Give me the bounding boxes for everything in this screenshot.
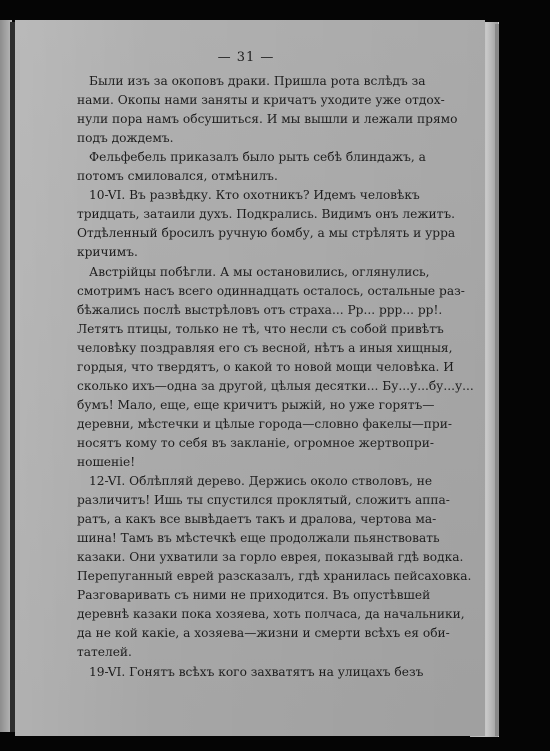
text-line: да не кой какіе, а хозяева—жизни и смерт… xyxy=(77,624,415,643)
text-line: сколько ихъ—одна за другой, цѣлыя десятк… xyxy=(77,377,415,396)
text-line: Летятъ птицы, только не тѣ, что несли съ… xyxy=(77,320,415,339)
text-line: кричимъ. xyxy=(77,243,415,262)
text-line: Разговаривать съ ними не приходится. Въ … xyxy=(77,586,415,605)
paragraph: 10-VI. Въ развѣдку. Кто охотникъ? Идемъ … xyxy=(77,186,415,262)
paragraph: 19-VI. Гонятъ всѣхъ кого захватятъ на ул… xyxy=(77,663,415,682)
page-number: — 31 — xyxy=(77,48,415,67)
paragraph: Фельфебель приказалъ было рыть себѣ блин… xyxy=(77,148,415,186)
text-line: нули пора намъ обсушиться. И мы вышли и … xyxy=(77,110,415,129)
text-line: тателей. xyxy=(77,643,415,662)
text-line: потомъ смиловался, отмѣнилъ. xyxy=(77,167,415,186)
text-line: нами. Окопы нами заняты и кричатъ уходит… xyxy=(77,91,415,110)
text-line: бѣжались послѣ выстрѣловъ отъ страха... … xyxy=(77,301,415,320)
text-line: Отдѣленный бросилъ ручную бомбу, а мы ст… xyxy=(77,224,415,243)
text-line: 12-VI. Облѣпляй дерево. Держись около ст… xyxy=(77,472,415,491)
text-line: шина! Тамъ въ мѣстечкѣ еще продолжали пь… xyxy=(77,529,415,548)
text-line: Перепуганный еврей разсказалъ, гдѣ храни… xyxy=(77,567,415,586)
text-line: различитъ! Ишь ты спустился проклятый, с… xyxy=(77,491,415,510)
text-line: деревнѣ казаки пока хозяева, хоть полчас… xyxy=(77,605,415,624)
paragraph: Были изъ за окоповъ драки. Пришла рота в… xyxy=(77,72,415,148)
text-line: 10-VI. Въ развѣдку. Кто охотникъ? Идемъ … xyxy=(77,186,415,205)
text-line: человѣку поздравляя его съ весной, нѣтъ … xyxy=(77,339,415,358)
text-line: бумъ! Мало, еще, еще кричитъ рыжій, но у… xyxy=(77,396,415,415)
text-line: ратъ, а какъ все вывѣдаетъ такъ и дралов… xyxy=(77,510,415,529)
text-line: Были изъ за окоповъ драки. Пришла рота в… xyxy=(77,72,415,91)
text-line: казаки. Они ухватили за горло еврея, пок… xyxy=(77,548,415,567)
body-text: Были изъ за окоповъ драки. Пришла рота в… xyxy=(77,72,415,682)
text-line: носятъ кому то себя въ закланіе, огромно… xyxy=(77,434,415,453)
paragraph: 12-VI. Облѣпляй дерево. Держись около ст… xyxy=(77,472,415,662)
paragraph: Австрійцы побѣгли. А мы остановились, ог… xyxy=(77,263,415,473)
text-line: смотримъ насъ всего одиннадцать осталось… xyxy=(77,282,415,301)
text-line: подъ дождемъ. xyxy=(77,129,415,148)
text-line: 19-VI. Гонятъ всѣхъ кого захватятъ на ул… xyxy=(77,663,415,682)
text-line: Фельфебель приказалъ было рыть себѣ блин… xyxy=(77,148,415,167)
text-line: ношеніе! xyxy=(77,453,415,472)
text-line: тридцать, затаили духъ. Подкрались. Види… xyxy=(77,205,415,224)
text-line: деревни, мѣстечки и цѣлые города—словно … xyxy=(77,415,415,434)
page-content: — 31 — Были изъ за окоповъ драки. Пришла… xyxy=(77,48,415,682)
text-line: Австрійцы побѣгли. А мы остановились, ог… xyxy=(77,263,415,282)
page-stack-shadow xyxy=(495,24,499,736)
text-line: гордыя, что твердятъ, о какой то новой м… xyxy=(77,358,415,377)
